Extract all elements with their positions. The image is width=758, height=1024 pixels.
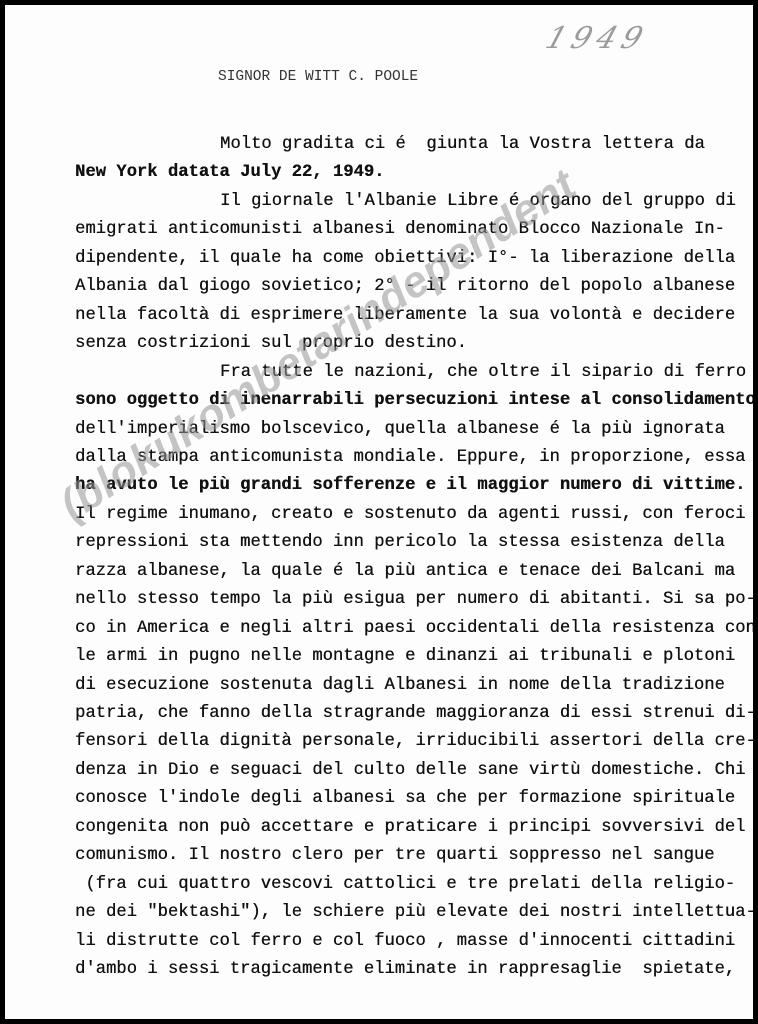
- letter-line: New York datata July 22, 1949.: [75, 163, 384, 182]
- letter-line: sono oggetto di inenarrabili persecuzion…: [75, 391, 753, 410]
- letter-line: d'ambo i sessi tragicamente eliminate in…: [75, 960, 735, 979]
- letter-line: nello stesso tempo la più esigua per num…: [75, 590, 753, 609]
- letter-line: senza costrizioni sul proprio destino.: [75, 334, 467, 353]
- letter-line: emigrati anticomunisti albanesi denomina…: [75, 220, 725, 239]
- letter-line: denza in Dio e seguaci del culto delle s…: [75, 761, 745, 780]
- letter-line: congenita non può accettare e praticare …: [75, 818, 745, 837]
- letter-line: razza albanese, la quale é la più antica…: [75, 562, 735, 581]
- letter-line: dipendente, il quale ha come obiettivi: …: [75, 249, 735, 268]
- letter-line: Fra tutte le nazioni, che oltre il sipar…: [220, 363, 746, 382]
- letter-line: nella facoltà di esprimere liberamente l…: [75, 306, 735, 325]
- letter-line: co in America e negli altri paesi occide…: [75, 619, 753, 638]
- letter-line: li distrutte col ferro e col fuoco , mas…: [75, 932, 735, 951]
- letter-line: (fra cui quattro vescovi cattolici e tre…: [75, 875, 735, 894]
- letter-line: comunismo. Il nostro clero per tre quart…: [75, 846, 714, 865]
- letter-line: ha avuto le più grandi sofferenze e il m…: [75, 476, 745, 495]
- letter-line: di esecuzione sostenuta dagli Albanesi i…: [75, 676, 725, 695]
- letter-line: dell'imperialismo bolscevico, quella alb…: [75, 420, 725, 439]
- letter-line: conosce l'indole degli albanesi sa che p…: [75, 789, 735, 808]
- letter-line: patria, che fanno della stragrande maggi…: [75, 704, 753, 723]
- letter-line: Molto gradita ci é giunta la Vostra lett…: [220, 135, 705, 154]
- letter-line: Il giornale l'Albanie Libre é organo del…: [220, 192, 736, 211]
- addressee-heading: SIGNOR DE WITT C. POOLE: [218, 69, 418, 85]
- letter-line: Il regime inumano, creato e sostenuto da…: [75, 505, 745, 524]
- letter-line: fensori della dignità personale, irriduc…: [75, 732, 753, 751]
- letter-line: dalla stampa anticomunista mondiale. Epp…: [75, 448, 745, 467]
- handwritten-page-note: 1949: [541, 21, 653, 56]
- letter-line: Albania dal giogo sovietico; 2° - il rit…: [75, 277, 735, 296]
- letter-line: repressioni sta mettendo inn pericolo la…: [75, 533, 725, 552]
- letter-line: le armi in pugno nelle montagne e dinanz…: [75, 647, 735, 666]
- letter-line: ne dei "bektashi"), le schiere più eleva…: [75, 903, 753, 922]
- document-page: 1949 SIGNOR DE WITT C. POOLE Molto gradi…: [5, 5, 753, 1019]
